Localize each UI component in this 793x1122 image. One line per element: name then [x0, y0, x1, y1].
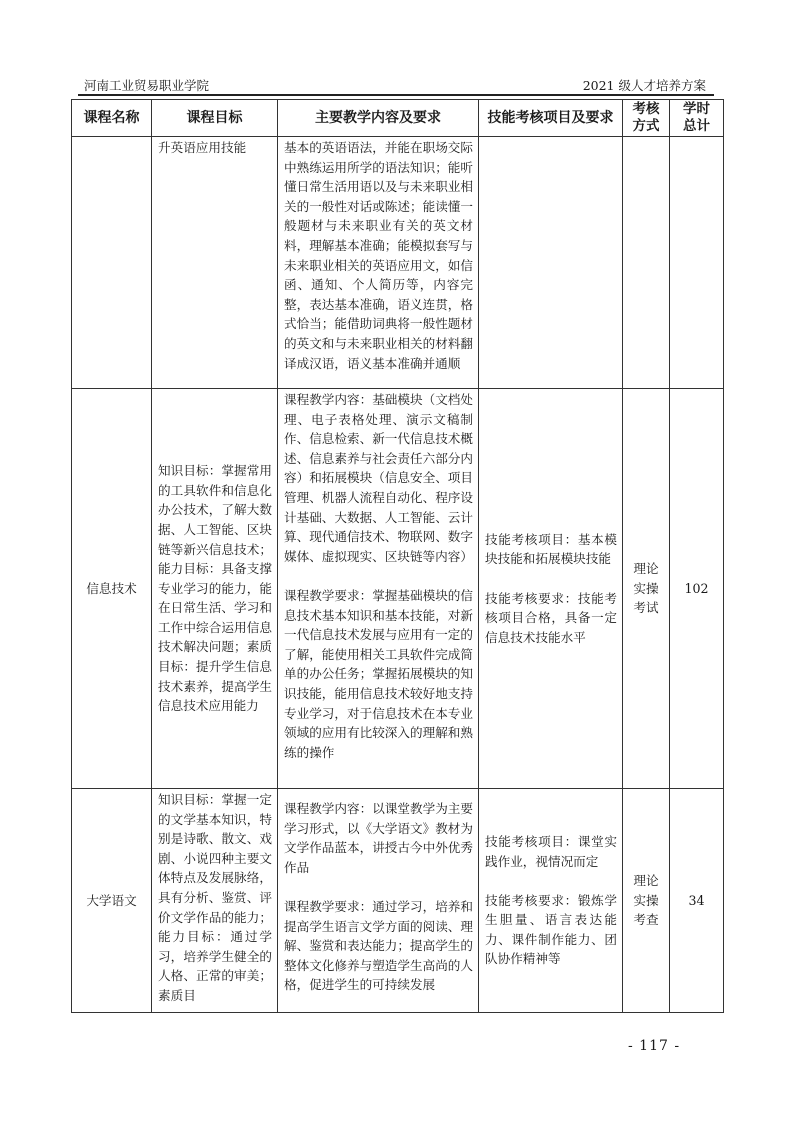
hours-cell: 102 [670, 389, 724, 789]
col-header-exam-method-line1: 考核 [623, 101, 669, 118]
table-header-row: 课程名称 课程目标 主要教学内容及要求 技能考核项目及要求 考核 方式 学时 总… [72, 100, 724, 137]
table-row: 升英语应用技能 基本的英语语法，并能在职场交际中熟练运用所学的语法知识；能听懂日… [72, 137, 724, 389]
objective-cell: 知识目标：掌握常用的工具软件和信息化办公技术，了解大数据、人工智能、区块链等新兴… [152, 389, 278, 789]
col-header-hours: 学时 总计 [670, 100, 724, 137]
curriculum-table: 课程名称 课程目标 主要教学内容及要求 技能考核项目及要求 考核 方式 学时 总… [71, 99, 724, 1013]
content-paragraph: 课程教学内容：基础模块（文档处理、电子表格处理、演示文稿制作、信息检索、新一代信… [284, 390, 473, 566]
col-header-content: 主要教学内容及要求 [278, 100, 479, 137]
exam-method-cell: 理论实操考试 [623, 389, 670, 789]
content-paragraph: 基本的英语语法，并能在职场交际中熟练运用所学的语法知识；能听懂日常生活用语以及与… [284, 138, 473, 373]
col-header-hours-line2: 总计 [670, 118, 723, 135]
content-cell: 课程教学内容：以课堂教学为主要学习形式，以《大学语文》教材为文学作品蓝本，讲授古… [278, 789, 479, 1013]
header-institution: 河南工业贸易职业学院 [84, 76, 209, 94]
content-paragraph: 课程教学内容：以课堂教学为主要学习形式，以《大学语文》教材为文学作品蓝本，讲授古… [284, 799, 473, 877]
page-number: - 117 - [628, 1038, 680, 1054]
course-name-cell [72, 137, 152, 389]
requirements-paragraph: 课程教学要求：掌握基础模块的信息技术基本知识和基本技能，对新一代信息技术发展与应… [284, 586, 473, 762]
skill-assessment-cell [479, 137, 623, 389]
col-header-course-name: 课程名称 [72, 100, 152, 137]
table-row: 信息技术 知识目标：掌握常用的工具软件和信息化办公技术，了解大数据、人工智能、区… [72, 389, 724, 789]
content-cell: 基本的英语语法，并能在职场交际中熟练运用所学的语法知识；能听懂日常生活用语以及与… [278, 137, 479, 389]
header-document-title: 2021 级人才培养方案 [583, 76, 706, 94]
skill-requirement: 技能考核要求：技能考核项目合格，具备一定信息技术技能水平 [485, 589, 617, 648]
course-name-cell: 信息技术 [72, 389, 152, 789]
exam-method-cell [623, 137, 670, 389]
objective-cell: 知识目标：掌握一定的文学基本知识，特别是诗歌、散文、戏剧、小说四种主要文体特点及… [152, 789, 278, 1013]
table-row: 大学语文 知识目标：掌握一定的文学基本知识，特别是诗歌、散文、戏剧、小说四种主要… [72, 789, 724, 1013]
col-header-skill-assessment: 技能考核项目及要求 [479, 100, 623, 137]
col-header-objective: 课程目标 [152, 100, 278, 137]
skill-item: 技能考核项目：基本模块技能和拓展模块技能 [485, 530, 617, 569]
skill-requirement: 技能考核要求：锻炼学生胆量、语言表达能力、课件制作能力、团队协作精神等 [485, 891, 617, 969]
hours-cell [670, 137, 724, 389]
course-name-cell: 大学语文 [72, 789, 152, 1013]
col-header-exam-method: 考核 方式 [623, 100, 670, 137]
skill-assessment-cell: 技能考核项目：基本模块技能和拓展模块技能 技能考核要求：技能考核项目合格，具备一… [479, 389, 623, 789]
hours-cell: 34 [670, 789, 724, 1013]
requirements-paragraph: 课程教学要求：通过学习，培养和提高学生语言文学方面的阅读、理解、鉴赏和表达能力；… [284, 897, 473, 995]
col-header-hours-line1: 学时 [670, 101, 723, 118]
skill-assessment-cell: 技能考核项目：课堂实践作业，视情况而定 技能考核要求：锻炼学生胆量、语言表达能力… [479, 789, 623, 1013]
objective-cell: 升英语应用技能 [152, 137, 278, 389]
skill-item: 技能考核项目：课堂实践作业，视情况而定 [485, 832, 617, 871]
content-cell: 课程教学内容：基础模块（文档处理、电子表格处理、演示文稿制作、信息检索、新一代信… [278, 389, 479, 789]
exam-method-cell: 理论实操考查 [623, 789, 670, 1013]
header-divider [78, 94, 714, 96]
col-header-exam-method-line2: 方式 [623, 118, 669, 135]
